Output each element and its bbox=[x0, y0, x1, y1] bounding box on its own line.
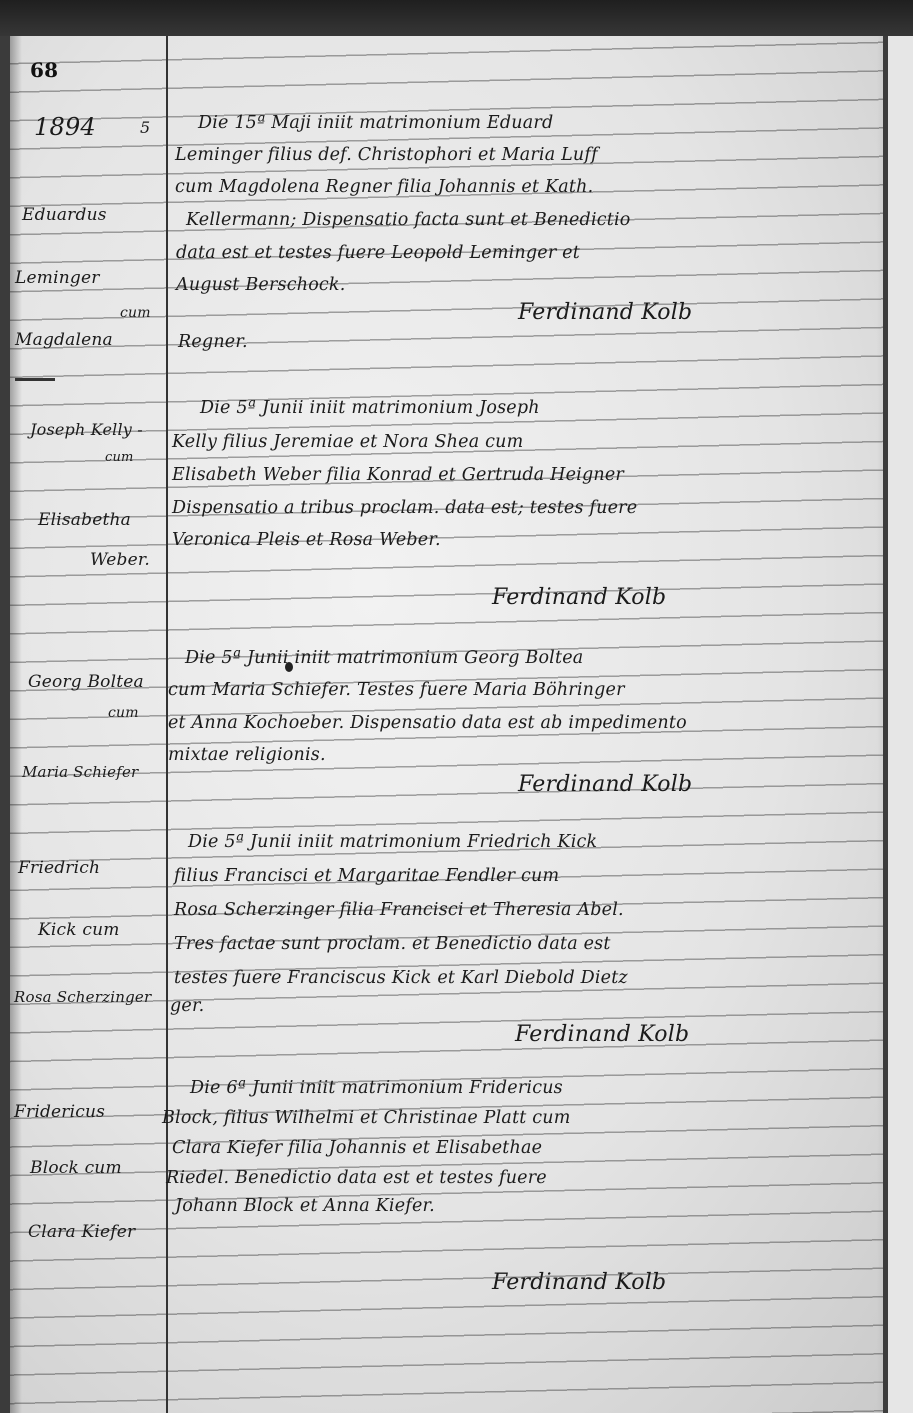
entry-line: Tres factae sunt proclam. et Benedictio … bbox=[174, 934, 611, 954]
priest-signature: Ferdinand Kolb bbox=[492, 1270, 666, 1295]
entry-line: Kellermann; Dispensatio facta sunt et Be… bbox=[186, 210, 631, 230]
entry-month: 5 bbox=[140, 118, 150, 137]
entry-continuation: ger. bbox=[170, 996, 204, 1016]
margin-groom-last: Kick cum bbox=[38, 920, 120, 940]
page-number: 68 bbox=[30, 58, 58, 82]
entry-line: Riedel. Benedictio data est et testes fu… bbox=[166, 1168, 547, 1188]
entry-line: Kelly filius Jeremiae et Nora Shea cum bbox=[172, 432, 523, 452]
entry-line: Die 6ª Junii iniit matrimonium Fridericu… bbox=[190, 1078, 563, 1098]
margin-groom-first: Eduardus bbox=[22, 205, 107, 225]
entry-line: Dispensatio a tribus proclam. data est; … bbox=[172, 498, 637, 518]
margin-bride-first: Elisabetha bbox=[38, 510, 131, 530]
margin-bride: Magdalena bbox=[15, 330, 113, 350]
priest-signature: Ferdinand Kolb bbox=[518, 772, 692, 797]
margin-groom-first: Friedrich bbox=[18, 858, 100, 878]
entry-line: Clara Kiefer filia Johannis et Elisabeth… bbox=[172, 1138, 542, 1158]
margin-groom-first: Fridericus bbox=[14, 1102, 105, 1122]
entry-line: Elisabeth Weber filia Konrad et Gertruda… bbox=[172, 465, 624, 485]
margin-bride: Rosa Scherzinger bbox=[14, 988, 151, 1006]
entry-line: Leminger filius def. Christophori et Mar… bbox=[175, 145, 598, 165]
entry-line: et Anna Kochoeber. Dispensatio data est … bbox=[168, 713, 687, 733]
margin-cum: cum bbox=[105, 450, 134, 465]
entry-line: cum Maria Schiefer. Testes fuere Maria B… bbox=[168, 680, 625, 700]
entry-line: Veronica Pleis et Rosa Weber. bbox=[172, 530, 441, 550]
entry-year: 1894 bbox=[34, 113, 96, 141]
adjacent-page-strip bbox=[888, 36, 913, 1413]
margin-groom-last: Block cum bbox=[30, 1158, 122, 1178]
entry-line: Die 5ª Junii iniit matrimonium Georg Bol… bbox=[185, 648, 583, 668]
entry-line: mixtae religionis. bbox=[168, 745, 326, 765]
entry-line: filius Francisci et Margaritae Fendler c… bbox=[174, 866, 559, 886]
entry-line: Die 15ª Maji iniit matrimonium Eduard bbox=[198, 113, 553, 133]
entry-line: testes fuere Franciscus Kick et Karl Die… bbox=[174, 968, 628, 988]
priest-signature: Ferdinand Kolb bbox=[515, 1022, 689, 1047]
entry-line: Johann Block et Anna Kiefer. bbox=[175, 1196, 435, 1216]
entry-line: Block, filius Wilhelmi et Christinae Pla… bbox=[162, 1108, 571, 1128]
priest-signature: Ferdinand Kolb bbox=[518, 300, 692, 325]
entry-line: data est et testes fuere Leopold Leminge… bbox=[176, 243, 580, 263]
margin-bride: Maria Schiefer bbox=[22, 763, 138, 781]
entry-line: August Berschock. bbox=[176, 275, 346, 295]
margin-bride-last: Weber. bbox=[90, 550, 150, 570]
margin-cum: cum bbox=[108, 705, 139, 721]
entry-divider bbox=[15, 378, 55, 381]
margin-groom: Georg Boltea bbox=[28, 672, 144, 692]
entry-continuation: Regner. bbox=[178, 332, 248, 352]
margin-groom-last: Leminger bbox=[15, 268, 100, 288]
priest-signature: Ferdinand Kolb bbox=[492, 585, 666, 610]
entry-line: cum Magdolena Regner filia Johannis et K… bbox=[175, 177, 593, 197]
margin-bride: Clara Kiefer bbox=[28, 1222, 135, 1242]
margin-groom: Joseph Kelly - bbox=[30, 420, 143, 439]
scan-left-edge bbox=[0, 36, 10, 1413]
entry-line: Rosa Scherzinger filia Francisci et Ther… bbox=[174, 900, 624, 920]
entry-line: Die 5ª Junii iniit matrimonium Joseph bbox=[200, 398, 540, 418]
ink-blot bbox=[285, 662, 293, 672]
entry-line: Die 5ª Junii iniit matrimonium Friedrich… bbox=[188, 832, 597, 852]
margin-cum: cum bbox=[120, 305, 151, 321]
